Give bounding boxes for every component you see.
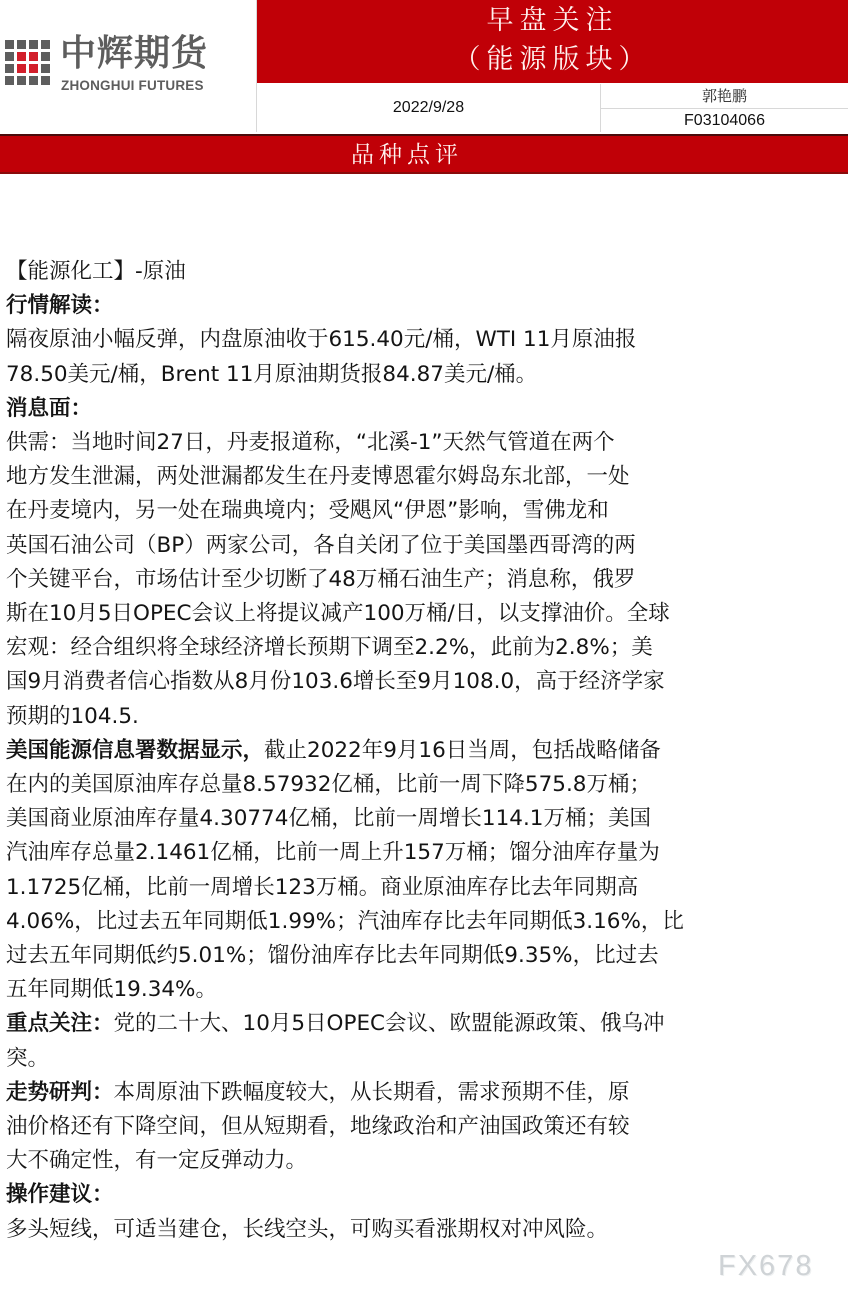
focus-first-line: 重点关注：党的二十大、10月5日OPEC会议、欧盟能源政策、俄乌冲 [6,1007,846,1041]
watermark: FX678 [718,1250,813,1283]
body-line: 在丹麦境内，另一处在瑞典境内；受飓风“伊恩”影响，雪佛龙和 [6,494,846,528]
body-line: 预期的104.5. [6,700,846,734]
body-line: 美国商业原油库存量4.30774亿桶，比前一周增长114.1万桶；美国 [6,802,846,836]
company-name-cn: 中辉期货 [60,34,208,74]
body-line: 国9月消费者信心指数从8月份103.6增长至9月108.0，高于经济学家 [6,665,846,699]
body-line: 油价格还有下降空间，但从短期看，地缘政治和产油国政策还有较 [6,1110,846,1144]
trend-text: 本周原油下跌幅度较大，从长期看，需求预期不佳，原 [114,1080,630,1105]
section-heading-news: 消息面： [6,392,846,426]
body-line: 在内的美国原油库存总量8.57932亿桶，比前一周下降575.8万桶； [6,768,846,802]
body-line: 1.1725亿桶，比前一周增长123万桶。商业原油库存比去年同期高 [6,871,846,905]
article-category: 【能源化工】-原油 [6,255,846,289]
eia-lead: 美国能源信息署数据显示， [6,738,264,763]
body-line: 宏观：经合组织将全球经济增长预期下调至2.2%，此前为2.8%；美 [6,631,846,665]
body-line: 78.50美元/桶，Brent 11月原油期货报84.87美元/桶。 [6,358,846,392]
body-line: 汽油库存总量2.1461亿桶，比前一周上升157万桶；馏分油库存量为 [6,836,846,870]
trend-first-line: 走势研判：本周原油下跌幅度较大，从长期看，需求预期不佳，原 [6,1076,846,1110]
body-line: 个关键平台，市场估计至少切断了48万桶石油生产；消息称，俄罗 [6,563,846,597]
report-date: 2022/9/28 [257,84,601,132]
section-title: 品种点评 [351,140,463,170]
body-line: 地方发生泄漏，两处泄漏都发生在丹麦博恩霍尔姆岛东北部，一处 [6,460,846,494]
body-line: 隔夜原油小幅反弹，内盘原油收于615.40元/桶，WTI 11月原油报 [6,323,846,357]
title-band: 早盘关注 （能源版块） [257,0,848,83]
body-line: 突。 [6,1042,846,1076]
section-bar: 品种点评 [0,134,848,174]
report-header: 中辉期货 ZHONGHUI FUTURES 早盘关注 （能源版块） 2022/9… [0,0,848,135]
eia-paragraph-first-line: 美国能源信息署数据显示，截止2022年9月16日当周，包括战略储备 [6,734,846,768]
article-body: 【能源化工】-原油 行情解读： 隔夜原油小幅反弹，内盘原油收于615.40元/桶… [6,255,846,1247]
body-line: 大不确定性，有一定反弹动力。 [6,1144,846,1178]
body-line: 4.06%，比过去五年同期低1.99%；汽油库存比去年同期低3.16%，比 [6,905,846,939]
company-name-en: ZHONGHUI FUTURES [61,78,204,93]
focus-text: 党的二十大、10月5日OPEC会议、欧盟能源政策、俄乌冲 [114,1011,665,1036]
body-line: 英国石油公司（BP）两家公司，各自关闭了位于美国墨西哥湾的两 [6,529,846,563]
analyst-name: 郭艳鹏 [601,84,848,109]
grid-logo-icon [5,40,51,86]
body-line: 斯在10月5日OPEC会议上将提议减产100万桶/日，以支撑油价。全球 [6,597,846,631]
section-heading-market: 行情解读： [6,289,846,323]
section-heading-advice: 操作建议： [6,1178,846,1212]
body-line: 五年同期低19.34%。 [6,973,846,1007]
logo-cell: 中辉期货 ZHONGHUI FUTURES [0,0,257,132]
body-line: 多头短线，可适当建仓，长线空头，可购买看涨期权对冲风险。 [6,1213,846,1247]
section-heading-focus: 重点关注： [6,1011,114,1036]
analyst-license-number: F03104066 [601,109,848,133]
report-title: 早盘关注 [257,3,848,39]
body-line: 供需：当地时间27日，丹麦报道称，“北溪-1”天然气管道在两个 [6,426,846,460]
eia-first-line-text: 截止2022年9月16日当周，包括战略储备 [264,738,661,763]
body-line: 过去五年同期低约5.01%；馏份油库存比去年同期低9.35%，比过去 [6,939,846,973]
section-heading-trend: 走势研判： [6,1080,114,1105]
report-subtitle: （能源版块） [257,42,848,78]
